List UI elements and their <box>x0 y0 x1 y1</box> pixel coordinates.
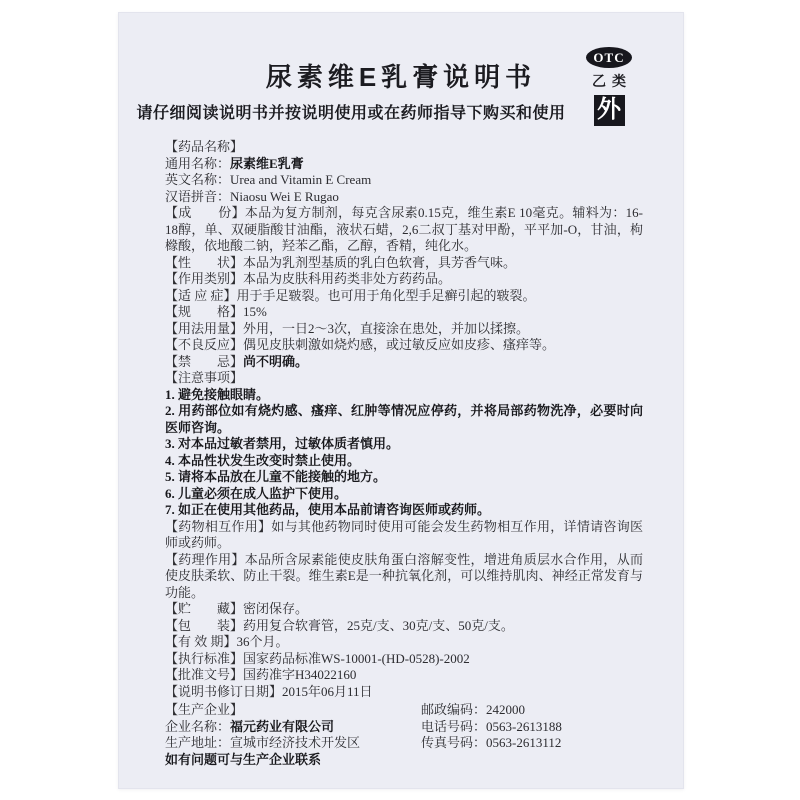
text-segment: 汉语拼音：Niaosu Wei E Rugao <box>165 189 339 204</box>
text-segment: 尿素维E乳膏 <box>230 156 304 171</box>
text-segment: 【规 格】15% <box>165 304 267 319</box>
text-segment: 6. 儿童必须在成人监护下使用。 <box>165 486 347 501</box>
text-line: 【性 状】本品为乳剂型基质的乳白色软膏，具芳香气味。 <box>165 255 643 272</box>
text-segment: 4. 本品性状发生改变时禁止使用。 <box>165 453 360 468</box>
text-line: 3. 对本品过敏者禁用，过敏体质者慎用。 <box>165 436 643 453</box>
text-line: 【用法用量】外用，一日2～3次，直接涂在患处，并加以揉擦。 <box>165 321 643 338</box>
text-line: 【执行标准】国家药品标准WS-10001-(HD-0528)-2002 <box>165 651 643 668</box>
text-segment: 【适 应 症】用于手足皲裂。也可用于角化型手足癣引起的皲裂。 <box>165 288 536 303</box>
text-segment: 【生产企业】 <box>165 702 243 717</box>
text-segment: 尚不明确。 <box>243 354 308 369</box>
text-segment: 2. 用药部位如有烧灼感、瘙痒、红肿等情况应停药，并将局部药物洗净，必要时向医师… <box>165 403 643 435</box>
screenshot-canvas: 尿素维E乳膏说明书 请仔细阅读说明书并按说明使用或在药师指导下购买和使用 OTC… <box>0 0 800 800</box>
text-line: 7. 如正在使用其他药品，使用本品前请咨询医师或药师。 <box>165 502 643 519</box>
text-line: 生产地址：宣城市经济技术开发区 <box>165 735 643 752</box>
otc-class-label: 乙类 <box>579 71 639 91</box>
leaflet-header: 尿素维E乳膏说明书 请仔细阅读说明书并按说明使用或在药师指导下购买和使用 OTC… <box>119 13 683 123</box>
text-line: 邮政编码：242000 <box>421 702 562 719</box>
text-line: 通用名称：尿素维E乳膏 <box>165 156 643 173</box>
text-segment: 传真号码：0563-2613112 <box>421 735 561 750</box>
page-subtitle: 请仔细阅读说明书并按说明使用或在药师指导下购买和使用 <box>119 100 583 123</box>
text-line: 【作用类别】本品为皮肤科用药类非处方药药品。 <box>165 271 643 288</box>
insert-body: 【药品名称】通用名称：尿素维E乳膏英文名称：Urea and Vitamin E… <box>119 123 683 700</box>
text-line: 【药物相互作用】如与其他药物同时使用可能会发生药物相互作用，详情请咨询医师或药师… <box>165 519 643 552</box>
text-line: 【注意事项】 <box>165 370 643 387</box>
manufacturer-left: 【生产企业】企业名称：福元药业有限公司生产地址：宣城市经济技术开发区如有问题可与… <box>165 702 643 768</box>
text-segment: 福元药业有限公司 <box>230 719 334 734</box>
external-use-mark: 外 <box>594 95 625 126</box>
otc-badge: OTC 乙类 外 <box>579 47 639 126</box>
text-line: 【药品名称】 <box>165 139 643 156</box>
text-line: 【贮 藏】密闭保存。 <box>165 601 643 618</box>
text-segment: 【执行标准】国家药品标准WS-10001-(HD-0528)-2002 <box>165 651 470 666</box>
text-line: 【生产企业】 <box>165 702 643 719</box>
text-segment: 3. 对本品过敏者禁用，过敏体质者慎用。 <box>165 436 399 451</box>
text-line: 【包 装】药用复合软膏管，25克/支、30克/支、50克/支。 <box>165 618 643 635</box>
manufacturer-block: 【生产企业】企业名称：福元药业有限公司生产地址：宣城市经济技术开发区如有问题可与… <box>119 702 683 768</box>
text-segment: 【包 装】药用复合软膏管，25克/支、30克/支、50克/支。 <box>165 618 514 633</box>
text-segment: 企业名称： <box>165 719 230 734</box>
text-line: 【规 格】15% <box>165 304 643 321</box>
text-line: 英文名称：Urea and Vitamin E Cream <box>165 172 643 189</box>
text-segment: 1. 避免接触眼睛。 <box>165 387 269 402</box>
text-segment: 【批准文号】国药准字H34022160 <box>165 667 356 682</box>
text-segment: 【成 份】本品为复方制剂，每克含尿素0.15克，维生素E 10毫克。辅料为：16… <box>165 205 643 253</box>
text-line: 【不良反应】偶见皮肤刺激如烧灼感，或过敏反应如皮疹、瘙痒等。 <box>165 337 643 354</box>
text-line: 【禁 忌】尚不明确。 <box>165 354 643 371</box>
text-line: 如有问题可与生产企业联系 <box>165 752 643 769</box>
text-segment: 【药物相互作用】如与其他药物同时使用可能会发生药物相互作用，详情请咨询医师或药师… <box>165 519 643 551</box>
text-segment: 如有问题可与生产企业联系 <box>165 752 321 767</box>
text-segment: 【不良反应】偶见皮肤刺激如烧灼感，或过敏反应如皮疹、瘙痒等。 <box>165 337 555 352</box>
text-segment: 【说明书修订日期】2015年06月11日 <box>165 684 373 699</box>
manufacturer-right: 邮政编码：242000电话号码：0563-2613188传真号码：0563-26… <box>421 702 562 752</box>
text-segment: 7. 如正在使用其他药品，使用本品前请咨询医师或药师。 <box>165 502 490 517</box>
text-line: 【有 效 期】36个月。 <box>165 634 643 651</box>
text-line: 企业名称：福元药业有限公司 <box>165 719 643 736</box>
text-segment: 5. 请将本品放在儿童不能接触的地方。 <box>165 469 386 484</box>
text-line: 【批准文号】国药准字H34022160 <box>165 667 643 684</box>
text-line: 【适 应 症】用于手足皲裂。也可用于角化型手足癣引起的皲裂。 <box>165 288 643 305</box>
leaflet-sheet: 尿素维E乳膏说明书 请仔细阅读说明书并按说明使用或在药师指导下购买和使用 OTC… <box>118 12 684 789</box>
text-line: 汉语拼音：Niaosu Wei E Rugao <box>165 189 643 206</box>
text-segment: 【用法用量】外用，一日2～3次，直接涂在患处，并加以揉擦。 <box>165 321 529 336</box>
text-segment: 【药理作用】本品所含尿素能使皮肤角蛋白溶解变性，增进角质层水合作用，从而使皮肤柔… <box>165 552 643 600</box>
otc-oval-icon: OTC <box>586 47 632 68</box>
text-segment: 【贮 藏】密闭保存。 <box>165 601 308 616</box>
text-segment: 【药品名称】 <box>165 139 243 154</box>
text-segment: 【禁 忌】 <box>165 354 243 369</box>
text-segment: 【性 状】本品为乳剂型基质的乳白色软膏，具芳香气味。 <box>165 255 516 270</box>
text-segment: 【有 效 期】36个月。 <box>165 634 289 649</box>
text-line: 传真号码：0563-2613112 <box>421 735 562 752</box>
text-segment: 【注意事项】 <box>165 370 243 385</box>
text-line: 4. 本品性状发生改变时禁止使用。 <box>165 453 643 470</box>
text-segment: 通用名称： <box>165 156 230 171</box>
text-line: 【成 份】本品为复方制剂，每克含尿素0.15克，维生素E 10毫克。辅料为：16… <box>165 205 643 255</box>
text-line: 电话号码：0563-2613188 <box>421 719 562 736</box>
text-segment: 【作用类别】本品为皮肤科用药类非处方药药品。 <box>165 271 451 286</box>
text-segment: 英文名称：Urea and Vitamin E Cream <box>165 172 371 187</box>
text-segment: 邮政编码：242000 <box>421 702 525 717</box>
text-line: 5. 请将本品放在儿童不能接触的地方。 <box>165 469 643 486</box>
text-line: 【药理作用】本品所含尿素能使皮肤角蛋白溶解变性，增进角质层水合作用，从而使皮肤柔… <box>165 552 643 602</box>
text-line: 【说明书修订日期】2015年06月11日 <box>165 684 643 701</box>
text-line: 2. 用药部位如有烧灼感、瘙痒、红肿等情况应停药，并将局部药物洗净，必要时向医师… <box>165 403 643 436</box>
text-segment: 电话号码：0563-2613188 <box>421 719 562 734</box>
text-segment: 生产地址：宣城市经济技术开发区 <box>165 735 360 750</box>
text-line: 6. 儿童必须在成人监护下使用。 <box>165 486 643 503</box>
text-line: 1. 避免接触眼睛。 <box>165 387 643 404</box>
